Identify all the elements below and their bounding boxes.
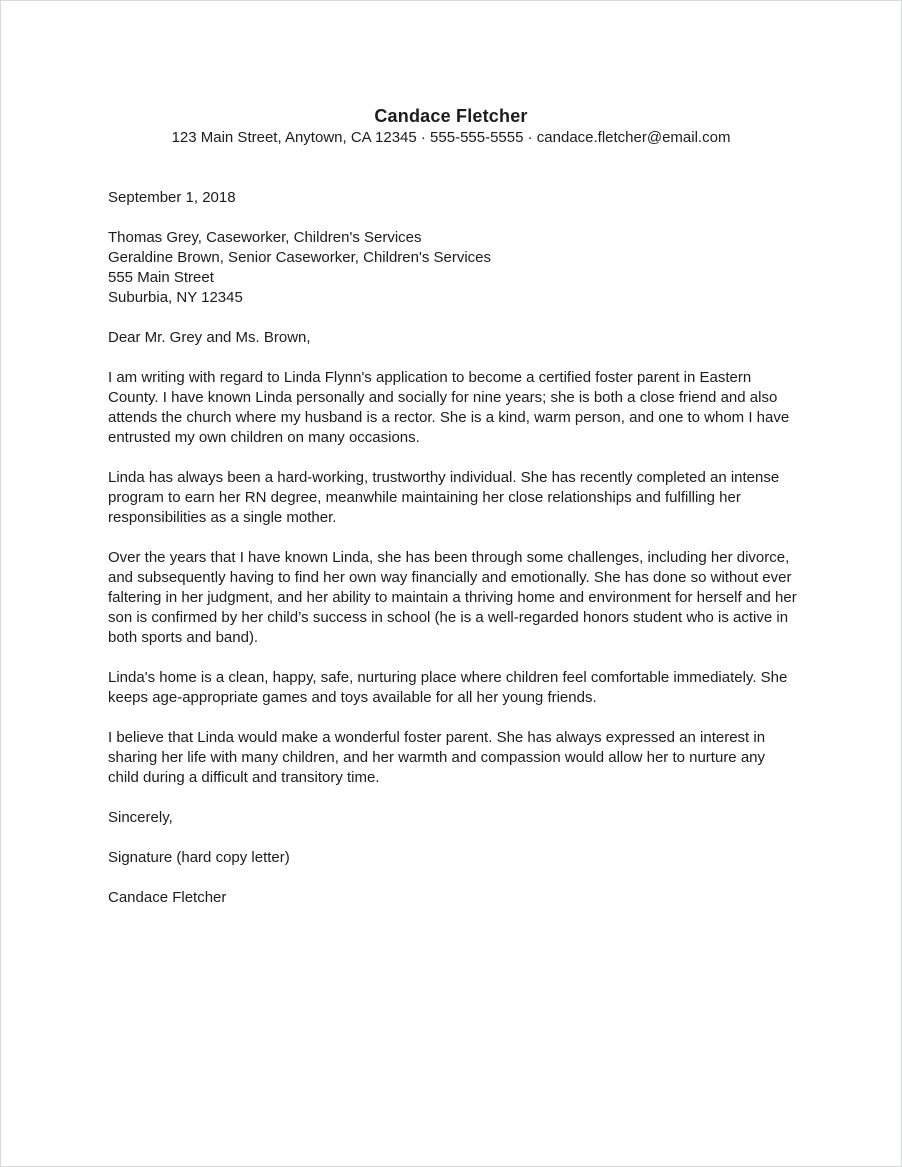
signature-placeholder: Signature (hard copy letter) (108, 848, 798, 868)
signed-name: Candace Fletcher (108, 888, 798, 908)
recipient-block: Thomas Grey, Caseworker, Children's Serv… (108, 228, 798, 308)
body-paragraph: Linda's home is a clean, happy, safe, nu… (108, 668, 798, 708)
body-paragraph: Linda has always been a hard-working, tr… (108, 468, 798, 528)
date-line: September 1, 2018 (108, 188, 798, 208)
valediction: Sincerely, (108, 808, 798, 828)
body-paragraph: I am writing with regard to Linda Flynn'… (108, 368, 798, 448)
letterhead-contact: 123 Main Street, Anytown, CA 12345 · 555… (1, 128, 901, 148)
body-paragraph: Over the years that I have known Linda, … (108, 548, 798, 648)
recipient-line: Thomas Grey, Caseworker, Children's Serv… (108, 228, 798, 248)
recipient-line: Suburbia, NY 12345 (108, 288, 798, 308)
letter-content: September 1, 2018 Thomas Grey, Caseworke… (108, 188, 798, 908)
recipient-line: 555 Main Street (108, 268, 798, 288)
body-paragraph: I believe that Linda would make a wonder… (108, 728, 798, 788)
letterhead: Candace Fletcher 123 Main Street, Anytow… (1, 1, 901, 148)
letterhead-name: Candace Fletcher (1, 104, 901, 128)
salutation: Dear Mr. Grey and Ms. Brown, (108, 328, 798, 348)
recipient-line: Geraldine Brown, Senior Caseworker, Chil… (108, 248, 798, 268)
letter-page: Candace Fletcher 123 Main Street, Anytow… (0, 0, 902, 1167)
